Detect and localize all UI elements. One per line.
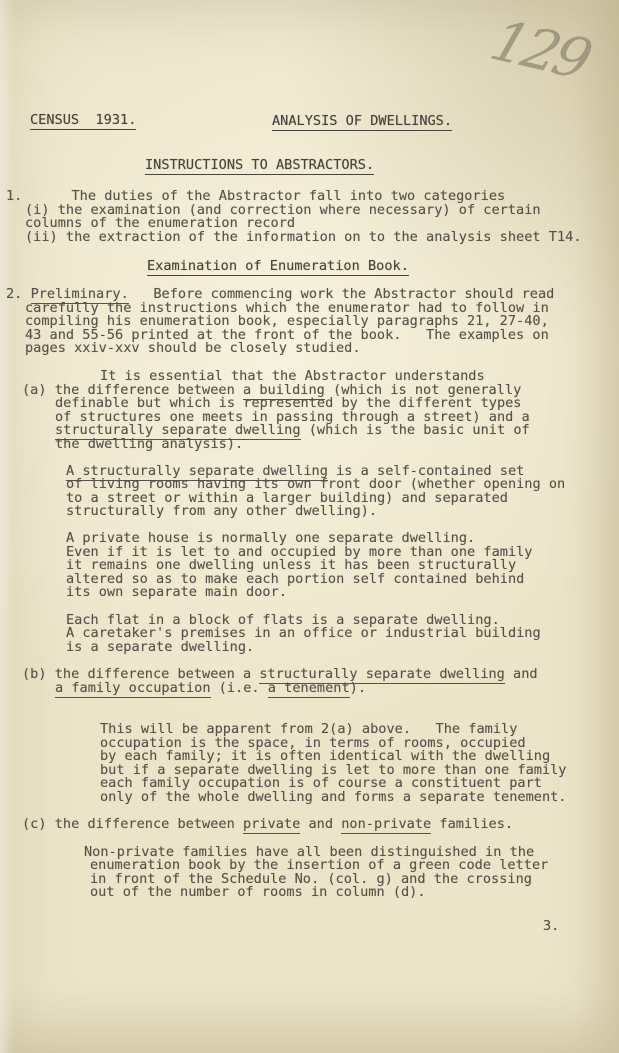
typed-line: its own separate main door. — [66, 586, 287, 599]
page-number: 3. — [543, 920, 559, 933]
typed-line: structurally from any other dwelling). — [66, 505, 377, 518]
typed-line: is a separate dwelling. — [66, 641, 254, 654]
typed-line: out of the number of rooms in column (d)… — [90, 886, 426, 899]
typed-line: the dwelling analysis). — [55, 438, 243, 451]
typed-line: only of the whole dwelling and forms a s… — [100, 791, 567, 804]
typed-line: pages xxiv-xxv should be closely studied… — [25, 342, 361, 355]
document-page: 129 CENSUS 1931. ANALYSIS OF DWELLINGS. … — [0, 0, 619, 1053]
typed-line: a family occupation (i.e. a tenement). — [55, 682, 366, 695]
typed-line: (c) the difference between private and n… — [22, 818, 513, 831]
typed-lines: 1. The duties of the Abstractor fall int… — [0, 0, 619, 1053]
typed-line: (ii) the extraction of the information o… — [25, 231, 582, 244]
